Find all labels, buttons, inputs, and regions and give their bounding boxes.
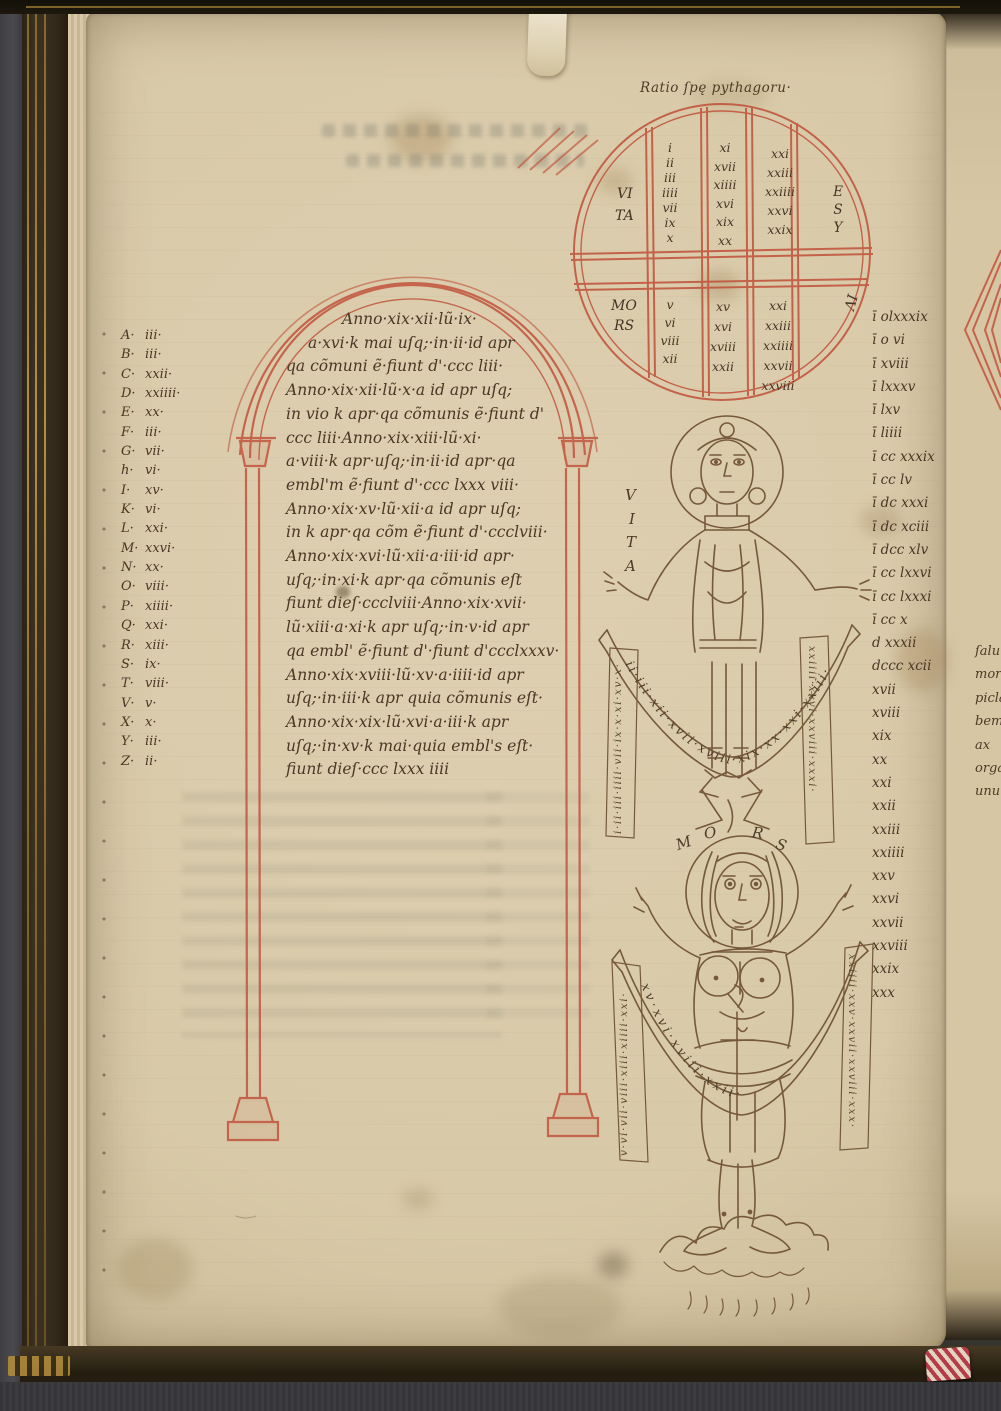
alphabet-row: F·iii· — [121, 423, 180, 442]
alphabet-letter: V· — [121, 694, 145, 713]
fragment-word: orga — [975, 757, 1001, 780]
sphere-side-letter: S — [830, 201, 846, 219]
sphere-vita-label-1: VI — [617, 186, 633, 202]
computus-line: Anno·xix·xii·lũ·x·a id apr uſq; — [286, 379, 580, 403]
numeral-entry: d xxxii — [872, 632, 935, 655]
vita-letter-v: V — [625, 486, 636, 504]
sphere-side-letter: Y — [830, 219, 846, 237]
sphere-cell: xxix — [753, 220, 807, 239]
sphere-cell: v — [653, 296, 687, 314]
sphere-cell: viii — [653, 332, 687, 350]
computus-line: Anno·xix·xix·lũ·xvi·a·iii·k apr — [286, 711, 580, 735]
alphabet-letter: Y· — [121, 732, 145, 751]
numeral-entry: xxix — [872, 958, 935, 981]
alphabet-value: v· — [145, 696, 156, 711]
alphabet-letter: N· — [121, 558, 145, 577]
alphabet-letter: L· — [121, 519, 145, 538]
sphere-cell: xiiii — [702, 176, 748, 195]
alphabet-row: C·xxii· — [121, 365, 180, 384]
sphere-cell: xxiiii — [753, 182, 807, 201]
sphere-cell: xviii — [700, 337, 746, 357]
alphabet-row: Z·ii· — [121, 752, 180, 771]
computus-line: uſq;·in·xv·k mai·quia embl's eſt· — [286, 735, 580, 759]
vita-letter-a: A — [625, 557, 636, 575]
numeral-entry: ī cc lv — [872, 469, 935, 492]
alphabet-letter: O· — [121, 577, 145, 596]
numeral-entry: xxviii — [872, 935, 935, 958]
fragment-word: mora — [975, 663, 1001, 686]
alphabet-row: D·xxiiii· — [121, 384, 180, 403]
numeral-entry: ī lxxxv — [872, 376, 935, 399]
sphere-mors-label-2: RS — [614, 318, 634, 334]
alphabet-letter: S· — [121, 655, 145, 674]
sphere-cell: xxiiii — [750, 336, 806, 356]
numeral-entry: dccc xcii — [872, 655, 935, 678]
computus-line: in k apr·qa cõm ẽ·fiunt d'·ccclviii· — [286, 521, 580, 545]
numeral-entry: ī cc lxxvi — [872, 562, 935, 585]
alphabet-letter: K· — [121, 500, 145, 519]
numeral-entry: ī lxv — [872, 399, 935, 422]
book-spine-leather — [22, 0, 68, 1411]
vita-left-strip-numbers: i·ii·iii·iiii·vii·ix·x·xi·xv·x· — [612, 656, 624, 834]
alphabet-row: T·viii· — [121, 674, 180, 693]
alphabet-row: N·xx· — [121, 558, 180, 577]
vita-right-strip-numbers: xxiiii·xxvi·xxviii·xxxi· — [806, 646, 818, 838]
alphabet-value: x· — [145, 715, 156, 730]
sphere-bottom-col-3: xxixxiiixxiiiixxviixxviii — [750, 296, 806, 396]
fragment-word: ſalu — [975, 640, 1001, 663]
alphabet-value: xiii· — [145, 638, 169, 653]
book-bottom-leather — [20, 1346, 1001, 1386]
alphabet-letter: T· — [121, 674, 145, 693]
alphabet-row: E·xx· — [121, 403, 180, 422]
alphabet-value: xxiiii· — [145, 386, 180, 401]
alphabet-value: iii· — [145, 425, 162, 440]
sphere-cell: xxiii — [753, 163, 807, 182]
alphabet-row: R·xiii· — [121, 636, 180, 655]
numeral-entry: xxi — [872, 772, 935, 795]
alphabet-row: K·vi· — [121, 500, 180, 519]
sphere-caption: Ratio ſpę pythagoru· — [640, 80, 791, 96]
alphabet-value: xiiii· — [145, 599, 173, 614]
alphabet-letter: F· — [121, 423, 145, 442]
alphabet-row: X·x· — [121, 713, 180, 732]
computus-line: lũ·xiii·a·xi·k apr uſq;·in·v·id apr — [286, 616, 580, 640]
alphabet-letter: E· — [121, 403, 145, 422]
sphere-bottom-col-2: xvxvixviiixxii — [700, 297, 746, 377]
gold-tooling-fragment — [8, 1356, 70, 1376]
sphere-cell: iii — [655, 170, 685, 185]
book-board-edge-left — [0, 0, 22, 1411]
numeral-entry: xviii — [872, 702, 935, 725]
sphere-cell: xxvi — [753, 201, 807, 220]
numeral-entry: ī dc xxxi — [872, 492, 935, 515]
alphabet-letter: D· — [121, 384, 145, 403]
alphabet-row: P·xiiii· — [121, 597, 180, 616]
computus-line: embl'm ẽ·fiunt d'·ccc lxxx viii· — [286, 474, 580, 498]
sphere-cell: xx — [702, 232, 748, 251]
alphabet-row: Q·xxi· — [121, 616, 180, 635]
sphere-cell: xxiii — [750, 316, 806, 336]
computus-line: Anno·xix·xii·lũ·ix· — [286, 308, 580, 332]
sphere-cell: xvi — [702, 195, 748, 214]
computus-line: qa cõmuni ẽ·fiunt d'·ccc liii· — [286, 355, 580, 379]
computus-line: uſq;·in·xi·k apr·qa cõmunis eſt — [286, 569, 580, 593]
computus-line: a·xvi·k mai uſq;·in·ii·id apr — [286, 332, 580, 356]
sphere-side-letter: E — [830, 183, 846, 201]
alphabet-value: iii· — [145, 347, 162, 362]
gold-fillet-line — [35, 0, 37, 1411]
sphere-cell: xxvii — [750, 356, 806, 376]
alphabet-row: L·xxi· — [121, 519, 180, 538]
alphabet-letter: Q· — [121, 616, 145, 635]
alphabet-row: S·ix· — [121, 655, 180, 674]
mors-left-strip-numbers: v·vi·vii·viii·xiii·xiiii·xxi· — [618, 972, 630, 1156]
computus-line: Anno·xix·xvi·lũ·xii·a·iii·id apr· — [286, 545, 580, 569]
next-leaf-lozenge-fragment — [965, 250, 1001, 410]
sphere-side-letters: ESY — [830, 183, 846, 237]
computus-line: Anno·xix·xv·lũ·xii·a id apr uſq; — [286, 498, 580, 522]
alphabet-value: vi· — [145, 463, 161, 478]
sphere-cell: xvi — [700, 317, 746, 337]
sphere-cell: ix — [655, 215, 685, 230]
sphere-top-col-3: xxixxiiixxiiiixxvixxix — [753, 144, 807, 239]
numeral-entry: ī dcc xlv — [872, 539, 935, 562]
numeral-entry: ī o vi — [872, 329, 935, 352]
alphabet-value: iii· — [145, 734, 162, 749]
alphabet-value: xx· — [145, 405, 164, 420]
numeral-entry: xxvii — [872, 912, 935, 935]
alphabet-letter: C· — [121, 365, 145, 384]
sphere-cell: xv — [700, 297, 746, 317]
numeral-entry: xxvi — [872, 888, 935, 911]
numeral-entry: xix — [872, 725, 935, 748]
sphere-cell: vii — [655, 200, 685, 215]
alphabet-row: V·v· — [121, 694, 180, 713]
computus-line: ccc liii·Anno·xix·xiii·lũ·xi· — [286, 427, 580, 451]
manuscript-photo: ii·iii·xii·xvii·xviii·xix·xx·xxi·xxiii· … — [0, 0, 1001, 1411]
numeral-entry: ī cc x — [872, 609, 935, 632]
sphere-top-col-1: iiiiiiiiiiviiixx — [655, 140, 685, 245]
sphere-cell: xxi — [750, 296, 806, 316]
alphabet-value: ii· — [145, 754, 157, 769]
sphere-cell: xxviii — [750, 376, 806, 396]
numeral-entry: ī liiii — [872, 422, 935, 445]
fragment-word: bema — [975, 710, 1001, 733]
alphabet-row: A·iii· — [121, 326, 180, 345]
sphere-cell: xi — [702, 139, 748, 158]
numeral-entry: ī cc xxxix — [872, 446, 935, 469]
computus-line: a·viii·k apr·uſq;·in·ii·id apr·qa — [286, 450, 580, 474]
alphabet-letter: I· — [121, 481, 145, 500]
alphabet-row: Y·iii· — [121, 732, 180, 751]
numeral-entry: xxx — [872, 982, 935, 1005]
alphabet-value: vii· — [145, 444, 165, 459]
right-numeral-column: ī olxxxixī o viī xviiiī lxxxvī lxvī liii… — [872, 306, 935, 1005]
alphabet-value: xv· — [145, 483, 164, 498]
mors-letter-o: O — [703, 823, 718, 843]
next-leaf-text-fragment: ſalumorapiclabemaaxorgaunu — [975, 640, 1001, 804]
sphere-cell: ii — [655, 155, 685, 170]
fragment-word: unu — [975, 780, 1001, 803]
sphere-cell: vi — [653, 314, 687, 332]
sphere-cell: xvii — [702, 158, 748, 177]
vita-letter-t: T — [626, 533, 636, 551]
alphabet-letter: X· — [121, 713, 145, 732]
numeral-entry: ī xviii — [872, 353, 935, 376]
computus-line: fiunt dieſ·ccclviii·Anno·xix·xvii· — [286, 592, 580, 616]
fragment-word: ax — [975, 734, 1001, 757]
alphabet-value: ix· — [145, 657, 161, 672]
numeral-entry: ī olxxxix — [872, 306, 935, 329]
mors-right-strip-numbers: xxiiii·xxv·xxvii·xxviii·xxx· — [846, 954, 858, 1144]
alphabet-value: viii· — [145, 579, 169, 594]
alphabet-value: xxi· — [145, 618, 168, 633]
alphabet-letter: P· — [121, 597, 145, 616]
sphere-bottom-col-1: vviviiixii — [653, 296, 687, 368]
numeral-entry: xxiii — [872, 819, 935, 842]
fragment-word: picla — [975, 687, 1001, 710]
numeral-entry: xvii — [872, 679, 935, 702]
alphabet-value: viii· — [145, 676, 169, 691]
sphere-cell: xxii — [700, 357, 746, 377]
alphabet-value: xxvi· — [145, 541, 175, 556]
sphere-cell: xix — [702, 213, 748, 232]
alphabet-row: I·xv· — [121, 481, 180, 500]
sphere-cell: i — [655, 140, 685, 155]
book-bottom-shadow — [0, 1382, 1001, 1411]
numeral-entry: xxii — [872, 795, 935, 818]
alphabet-letter: M· — [121, 539, 145, 558]
numeral-entry: xx — [872, 749, 935, 772]
numeral-entry: xxv — [872, 865, 935, 888]
alphabet-number-list: A·iii· B·iii· C·xxii· D·xxiiii· E·xx· F·… — [121, 326, 180, 771]
alphabet-row: B·iii· — [121, 345, 180, 364]
alphabet-letter: Z· — [121, 752, 145, 771]
alphabet-value: xxii· — [145, 367, 172, 382]
alphabet-row: M·xxvi· — [121, 539, 180, 558]
alphabet-row: h·vi· — [121, 461, 180, 480]
alphabet-letter: A· — [121, 326, 145, 345]
arch-computus-text: Anno·xix·xii·lũ·ix·a·xvi·k mai uſq;·in·i… — [286, 308, 580, 782]
computus-line: Anno·xix·xviii·lũ·xv·a·iiii·id apr — [286, 664, 580, 688]
sphere-cell: xii — [653, 350, 687, 368]
computus-line: fiunt dieſ·ccc lxxx iiii — [286, 758, 580, 782]
vita-letter-i: I — [629, 510, 635, 528]
book-top-gold-line — [26, 6, 960, 8]
sphere-cell: iiii — [655, 185, 685, 200]
alphabet-value: xxi· — [145, 521, 168, 536]
gold-fillet-line — [27, 0, 29, 1411]
alphabet-value: xx· — [145, 560, 164, 575]
computus-line: in vio k apr·qa cõmunis ẽ·fiunt d' — [286, 403, 580, 427]
computus-line: qa embl' ẽ·fiunt d'·fiunt d'ccclxxxv· — [286, 640, 580, 664]
sphere-mors-label-1: MO — [611, 298, 637, 314]
numeral-entry: ī dc xciii — [872, 516, 935, 539]
alphabet-value: iii· — [145, 328, 162, 343]
alphabet-value: vi· — [145, 502, 161, 517]
alphabet-letter: G· — [121, 442, 145, 461]
sphere-top-col-2: xixviixiiiixvixixxx — [702, 139, 748, 250]
alphabet-letter: B· — [121, 345, 145, 364]
numeral-entry: xxiiii — [872, 842, 935, 865]
sphere-vita-label-2: TA — [615, 208, 634, 224]
alphabet-row: G·vii· — [121, 442, 180, 461]
alphabet-letter: R· — [121, 636, 145, 655]
sphere-cell: xxi — [753, 144, 807, 163]
endband-red-white — [925, 1347, 971, 1382]
alphabet-letter: h· — [121, 461, 145, 480]
sphere-cell: x — [655, 230, 685, 245]
computus-line: uſq;·in·iii·k apr quia cõmunis eſt· — [286, 687, 580, 711]
alphabet-row: O·viii· — [121, 577, 180, 596]
numeral-entry: ī cc lxxxi — [872, 586, 935, 609]
gold-fillet-line — [44, 0, 46, 1411]
